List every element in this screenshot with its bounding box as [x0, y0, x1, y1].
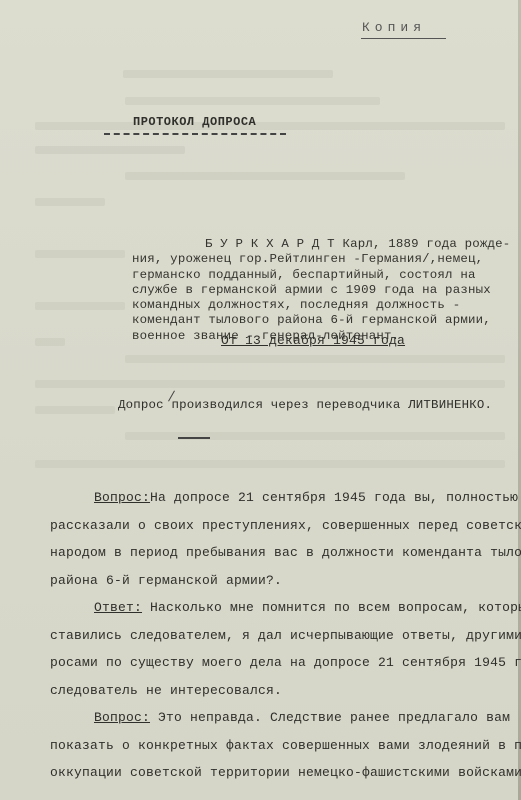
title-underline [104, 133, 286, 135]
bleed-through-line [125, 172, 405, 180]
subject-line: германско подданный, беспартийный, состо… [132, 268, 510, 283]
subject-line: комендант тылового района 6-й германской… [132, 313, 510, 328]
exchange-line: росами по существу моего дела на допросе… [50, 649, 521, 677]
interrogation-date: От 13 декабря 1945 года [221, 333, 405, 348]
copy-label: Копия [362, 20, 426, 35]
bleed-through-line [123, 70, 333, 78]
bleed-through-line [35, 460, 505, 468]
exchange-line: Это неправда. Следствие ранее предлагало… [150, 710, 510, 725]
interrogation-transcript: Вопрос:На допросе 21 сентября 1945 года … [50, 484, 521, 787]
subject-paragraph: Б У Р К Х А Р Д Т Карл, 1889 года рожде-… [132, 237, 510, 344]
exchange-line: ставились следователем, я дал исчерпываю… [50, 622, 521, 650]
bleed-through-line [35, 406, 115, 414]
answer-label: Ответ: [94, 600, 142, 615]
interpreter-line: Допрос производился через переводчика ЛИ… [118, 398, 492, 412]
subject-line: Б У Р К Х А Р Д Т Карл, 1889 года рожде- [132, 237, 510, 252]
exchange-line: На допросе 21 сентября 1945 года вы, пол… [150, 490, 518, 505]
bleed-through-line [125, 97, 380, 105]
separator-dash [178, 437, 210, 439]
copy-underline [361, 38, 446, 39]
bleed-through-line [35, 302, 125, 310]
document-page: Копия ПРОТОКОЛ ДОПРОСА Б У Р К Х А Р Д Т… [0, 0, 521, 800]
subject-line: командных должностях, последняя должност… [132, 298, 510, 313]
exchange-line: рассказали о своих преступлениях, соверш… [50, 512, 521, 540]
exchange-question: Вопрос: Это неправда. Следствие ранее пр… [50, 704, 521, 787]
bleed-through-line [35, 250, 125, 258]
exchange-line: оккупации советской территории немецко-ф… [50, 759, 521, 787]
bleed-through-line [35, 122, 505, 130]
subject-line: ния, уроженец гор.Рейтлинген -Германия/,… [132, 252, 510, 267]
exchange-line: следователь не интересовался. [50, 677, 521, 705]
bleed-through-line [35, 146, 185, 154]
exchange-answer: Ответ: Насколько мне помнится по всем во… [50, 594, 521, 704]
bleed-through-line [35, 198, 105, 206]
question-label: Вопрос: [94, 710, 150, 725]
bleed-through-line [35, 338, 65, 346]
question-label: Вопрос: [94, 490, 150, 505]
exchange-line: района 6-й германской армии?. [50, 567, 521, 595]
subject-line: службе в германской армии с 1909 года на… [132, 283, 510, 298]
document-title: ПРОТОКОЛ ДОПРОСА [133, 115, 256, 129]
bleed-through-line [125, 355, 505, 363]
exchange-line: народом в период пребывания вас в должно… [50, 539, 521, 567]
exchange-question: Вопрос:На допросе 21 сентября 1945 года … [50, 484, 521, 594]
exchange-line: Насколько мне помнится по всем вопросам,… [142, 600, 521, 615]
bleed-through-line [35, 380, 505, 388]
exchange-line: показать о конкретных фактах совершенных… [50, 732, 521, 760]
